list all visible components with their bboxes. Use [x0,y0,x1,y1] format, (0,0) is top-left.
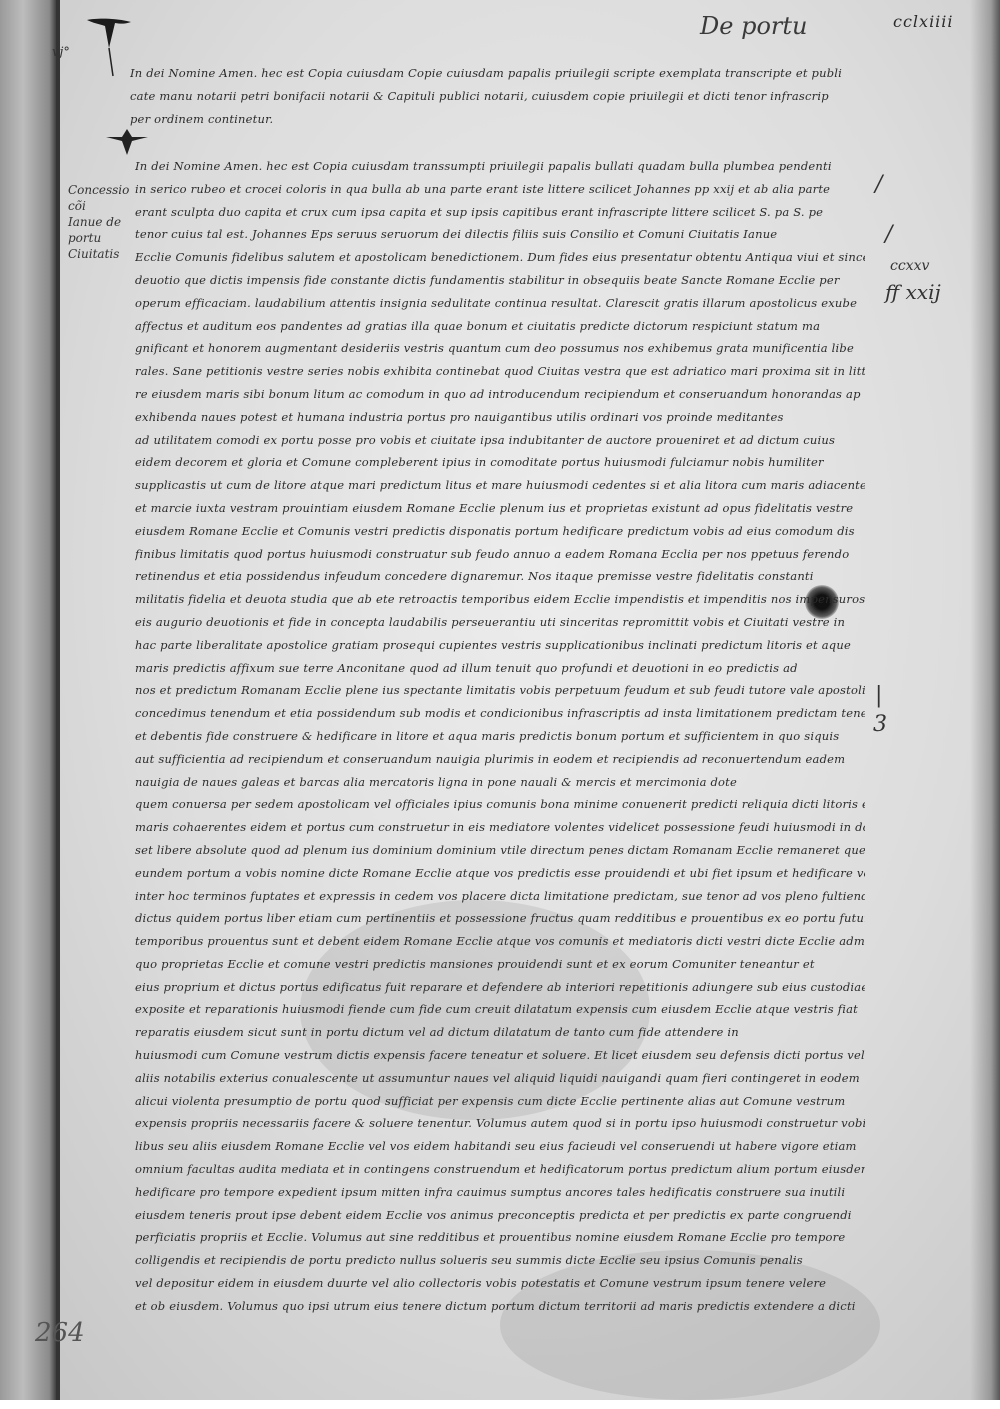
text-line: eundem portum a vobis nomine dicte Roman… [135,862,865,885]
text-line: aut sufficientia ad recipiendum et conse… [135,748,865,771]
text-line: re eiusdem maris sibi bonum litum ac com… [135,383,865,406]
text-line: maris cohaerentes eidem et portus cum co… [135,816,865,839]
text-line: inter hoc terminos fuptates et expressis… [135,885,865,908]
margin-note-right-1: ccxxv [890,258,929,274]
text-line: expensis propriis necessariis facere & s… [135,1112,865,1135]
text-line: affectus et auditum eos pandentes ad gra… [135,315,865,338]
text-line: nos et predictum Romanam Ecclie plene iu… [135,679,865,702]
text-line: hac parte liberalitate apostolice gratia… [135,634,865,657]
margin-mark: | [875,683,882,708]
margin-note-left: Concessio cõi Ianue de portu Ciuitatis [68,182,138,262]
text-line: maris predictis affixum sue terre Anconi… [135,657,865,680]
text-line: tenor cuius tal est. Johannes Eps seruus… [135,223,865,246]
text-line: In dei Nomine Amen. hec est Copia cuiusd… [130,62,860,85]
page-edge-shadow [970,0,1000,1400]
margin-mark: 3 [873,712,887,737]
text-line: Ecclie Comunis fidelibus salutem et apos… [135,246,865,269]
text-line: cate manu notarii petri bonifacii notari… [130,85,860,108]
text-line: retinendus et etia possidendus infeudum … [135,565,865,588]
margin-note-top-left: vj° [52,45,70,61]
text-line: operum efficaciam. laudabilium attentis … [135,292,865,315]
margin-note-line: Ianue de portu [68,214,138,246]
text-line: eiusdem teneris prout ipse debent eidem … [135,1204,865,1227]
text-block-main: In dei Nomine Amen. hec est Copia cuiusd… [135,155,865,1318]
text-line: quem conuersa per sedem apostolicam vel … [135,793,865,816]
margin-note-line: Ciuitatis [68,246,138,262]
text-line: huiusmodi cum Comune vestrum dictis expe… [135,1044,865,1067]
text-line: hedificare pro tempore expedient ipsum m… [135,1181,865,1204]
text-line: in serico rubeo et crocei coloris in qua… [135,178,865,201]
binding-gutter [0,0,58,1400]
manuscript-page: De portu cclxiiii vj° Concessio cõi Ianu… [0,0,1000,1400]
text-line: temporibus prouentus sunt et debent eide… [135,930,865,953]
text-line: exposite et reparationis huiusmodi fiend… [135,998,865,1021]
margin-note-right-2: ff xxij [885,284,941,300]
margin-mark: / [885,222,892,247]
text-line: ad utilitatem comodi ex portu posse pro … [135,429,865,452]
text-line: per ordinem continetur. [130,108,860,131]
margin-mark: / [875,172,882,197]
text-block-preamble: In dei Nomine Amen. hec est Copia cuiusd… [130,62,860,130]
gutter-rule [56,0,60,1400]
text-line: eis augurio deuotionis et fide in concep… [135,611,865,634]
text-line: reparatis eiusdem sicut sunt in portu di… [135,1021,865,1044]
text-line: eius proprium et dictus portus edificatu… [135,976,865,999]
text-line: supplicastis ut cum de litore atque mari… [135,474,865,497]
text-line: et ob eiusdem. Volumus quo ipsi utrum ei… [135,1295,865,1318]
text-line: erant sculpta duo capita et crux cum ips… [135,201,865,224]
text-line: alicui violenta presumptio de portu quod… [135,1090,865,1113]
text-line: exhibenda naues potest et humana industr… [135,406,865,429]
text-line: rales. Sane petitionis vestre series nob… [135,360,865,383]
text-line: gnificant et honorem augmentant desideri… [135,337,865,360]
text-line: vel depositur eidem in eiusdem duurte ve… [135,1272,865,1295]
folio-number: cclxiiii [893,12,954,31]
text-line: nauigia de naues galeas et barcas alia m… [135,771,865,794]
text-line: finibus limitatis quod portus huiusmodi … [135,543,865,566]
text-line: dictus quidem portus liber etiam cum per… [135,907,865,930]
text-line: set libere absolute quod ad plenum ius d… [135,839,865,862]
text-line: colligendis et recipiendis de portu pred… [135,1249,865,1272]
text-line: eidem decorem et gloria et Comune comple… [135,451,865,474]
margin-note-line: Concessio cõi [68,182,138,214]
scan-border [0,1400,1000,1409]
running-title: De portu [700,12,807,40]
text-line: et marcie iuxta vestram prouintiam eiusd… [135,497,865,520]
text-line: concedimus tenendum et etia possidendum … [135,702,865,725]
decorated-initial-i-icon [85,18,135,78]
text-line: deuotio que dictis impensis fide constan… [135,269,865,292]
text-line: quo proprietas Ecclie et comune vestri p… [135,953,865,976]
text-line: perficiatis propriis et Ecclie. Volumus … [135,1226,865,1249]
margin-number-bottom-left: 264 [35,1325,85,1341]
text-line: In dei Nomine Amen. hec est Copia cuiusd… [135,155,865,178]
text-line: libus seu aliis eiusdem Romane Ecclie ve… [135,1135,865,1158]
text-line: eiusdem Romane Ecclie et Comunis vestri … [135,520,865,543]
text-line: militatis fidelia et deuota studia que a… [135,588,865,611]
text-line: et debentis fide construere & hedificare… [135,725,865,748]
text-line: omnium facultas audita mediata et in con… [135,1158,865,1181]
text-line: aliis notabilis exterius conualescente u… [135,1067,865,1090]
